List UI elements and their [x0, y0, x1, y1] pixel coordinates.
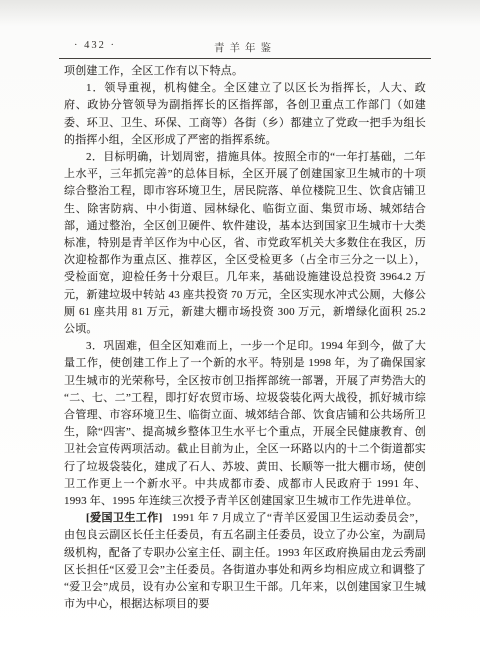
page-header: · 432 · 青羊年鉴	[59, 38, 431, 59]
section-title: [爱国卫生工作]	[86, 512, 163, 524]
paragraph-point-2: 2．目标明确，计划周密，措施具体。按照全市的“一年打基础，二年上水平，三年抓完善…	[64, 149, 426, 338]
section-paragraph-patriotic-health: [爱国卫生工作]1991 年 7 月成立了“青羊区爱国卫生运动委员会”，由包良云…	[64, 510, 426, 613]
paragraph-point-1: 1．领导重视，机构健全。全区建立了以区长为指挥长，人大、政府、政协分管领导为副指…	[64, 80, 426, 149]
scanned-page: · 432 · 青羊年鉴 项创建工作，全区工作有以下特点。 1．领导重视，机构健…	[0, 0, 480, 651]
paragraph-intro: 项创建工作，全区工作有以下特点。	[64, 63, 426, 80]
paragraph-point-3: 3．巩固难，但全区知难而上，一步一个足印。1994 年到今，做了大量工作，使创建…	[64, 338, 426, 510]
page-body: 项创建工作，全区工作有以下特点。 1．领导重视，机构健全。全区建立了以区长为指挥…	[64, 63, 426, 614]
section-body-text: 1991 年 7 月成立了“青羊区爱国卫生运动委员会”，由包良云副区长任主任委员…	[64, 512, 426, 610]
book-title: 青羊年鉴	[59, 40, 431, 55]
